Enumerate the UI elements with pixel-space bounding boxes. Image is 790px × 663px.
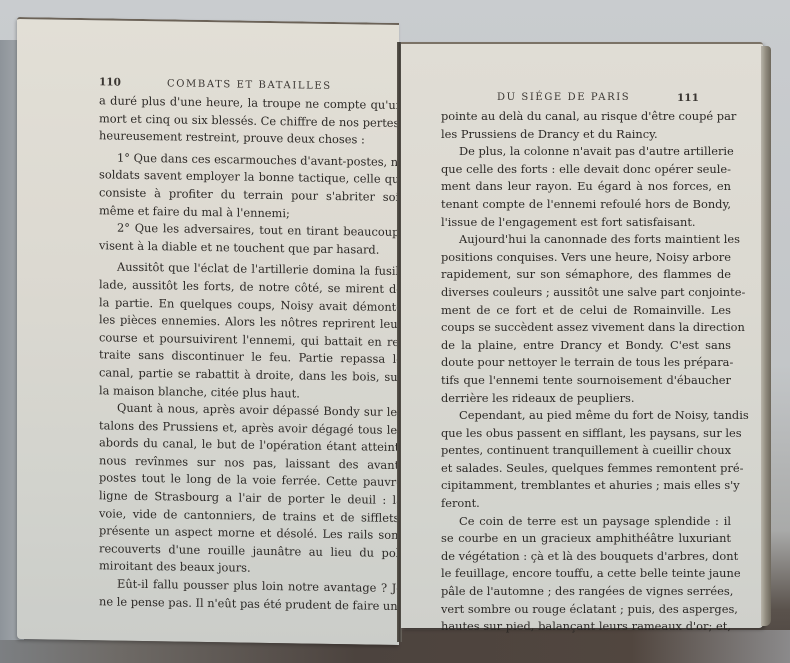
text-line: cipitamment, tremblantes et ahuries ; ma… xyxy=(441,477,731,495)
text-line: feront. xyxy=(441,495,731,513)
text-line: Ce coin de terre est un paysage splendid… xyxy=(441,513,731,531)
text-line: que les obus passent en sifflant, les pa… xyxy=(441,425,731,443)
left-page: 110 COMBATS ET BATAILLES a duré plus d'u… xyxy=(17,17,399,645)
text-line: De plus, la colonne n'avait pas d'autre … xyxy=(441,143,731,161)
page-block-edge xyxy=(761,46,771,626)
text-line: tifs que l'ennemi tente sournoisement d'… xyxy=(441,372,731,390)
text-line: rapidement, sur son sémaphore, des flamm… xyxy=(441,266,731,284)
text-line: les Prussiens de Drancy et du Raincy. xyxy=(441,126,731,144)
text-line: l'issue de l'engagement est fort satisfa… xyxy=(441,214,731,232)
text-line: que celle des forts : elle devait donc o… xyxy=(441,161,731,179)
text-line: vert sombre ou rouge éclatant ; puis, de… xyxy=(441,601,731,619)
text-line: ment de ce fort et de celui de Romainvil… xyxy=(441,302,731,320)
text-line: de végétation : çà et là des bouquets d'… xyxy=(441,548,731,566)
left-running-head: COMBATS ET BATAILLES xyxy=(167,78,332,92)
text-line: doute pour nettoyer le terrain de tous l… xyxy=(441,354,731,372)
text-line: ment dans leur rayon. Eu égard à nos for… xyxy=(441,178,731,196)
right-page: DU SIÉGE DE PARIS 111 pointe au delà du … xyxy=(401,42,763,628)
text-line: le feuillage, encore touffu, a cette bel… xyxy=(441,565,731,583)
text-line: tenant compte de l'ennemi refoulé hors d… xyxy=(441,196,731,214)
text-line: pâle de l'automne ; des rangées de vigne… xyxy=(441,583,731,601)
text-line: Aujourd'hui la canonnade des forts maint… xyxy=(441,231,731,249)
text-line: coups se succèdent assez vivement dans l… xyxy=(441,319,731,337)
text-line: positions conquises. Vers une heure, Noi… xyxy=(441,249,731,267)
text-line: pointe au delà du canal, au risque d'êtr… xyxy=(441,108,731,126)
left-page-number: 110 xyxy=(99,76,121,88)
right-running-head: DU SIÉGE DE PARIS xyxy=(497,92,630,103)
right-page-number: 111 xyxy=(677,92,699,104)
text-line: hautes sur pied, balançant leurs rameaux… xyxy=(441,618,731,636)
right-page-body: pointe au delà du canal, au risque d'êtr… xyxy=(441,108,731,636)
left-page-body: a duré plus d'une heure, la troupe ne co… xyxy=(99,92,403,615)
text-line: diverses couleurs ; aussitôt une salve p… xyxy=(441,284,731,302)
text-line: Cependant, au pied même du fort de Noisy… xyxy=(441,407,731,425)
text-line: pentes, continuent tranquillement à cuei… xyxy=(441,442,731,460)
text-line: derrière les rideaux de peupliers. xyxy=(441,390,731,408)
text-line: de la plaine, entre Drancy et Bondy. C'e… xyxy=(441,337,731,355)
text-line: et salades. Seules, quelques femmes remo… xyxy=(441,460,731,478)
text-line: se courbe en un gracieux amphithéâtre lu… xyxy=(441,530,731,548)
